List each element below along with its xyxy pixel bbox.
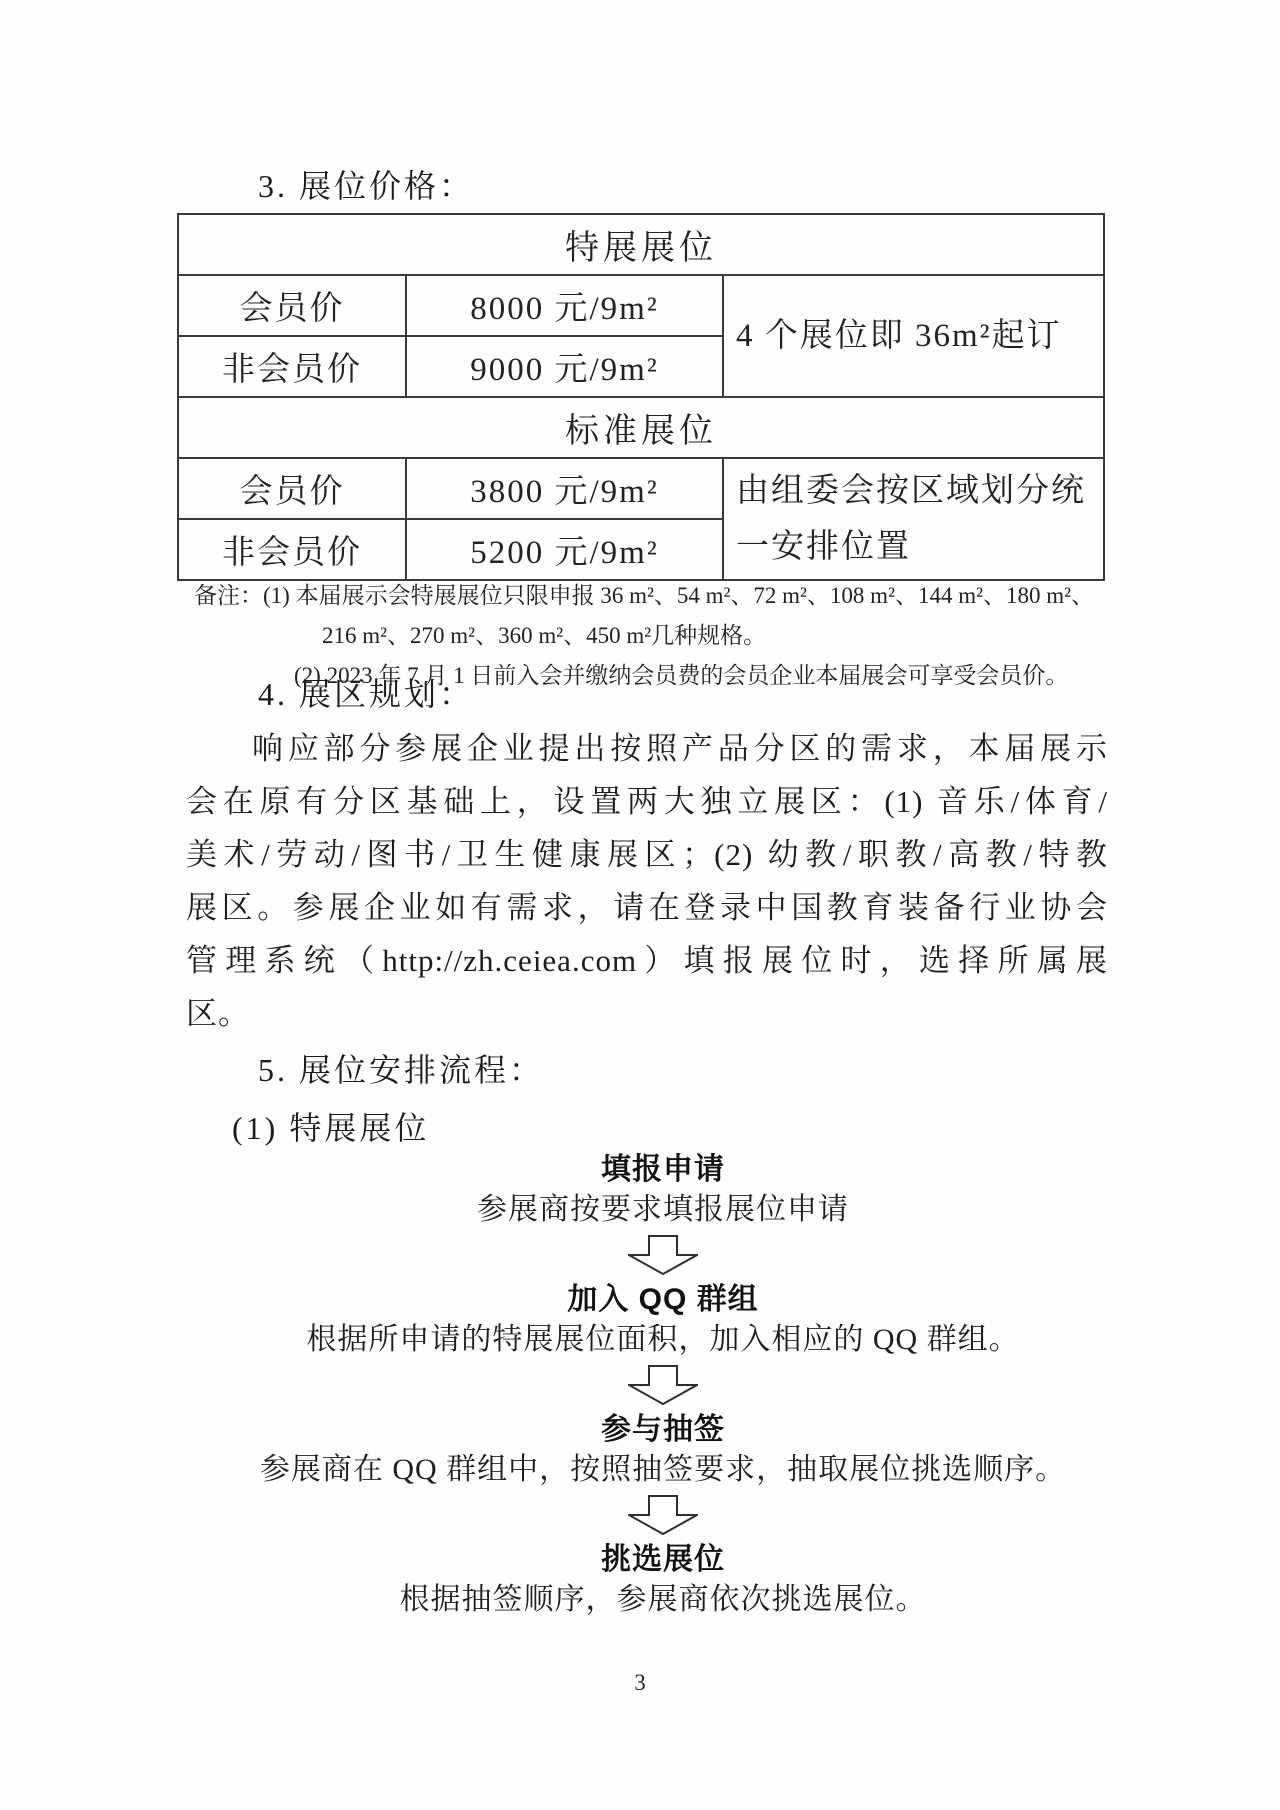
down-arrow-icon	[628, 1495, 698, 1535]
flow-step-title: 参与抽签	[199, 1410, 1127, 1450]
flow-step: 参与抽签 参展商在 QQ 群组中，按照抽签要求，抽取展位挑选顺序。	[199, 1410, 1127, 1535]
section-4-paragraph: 响应部分参展企业提出按照产品分区的需求，本届展示 会在原有分区基础上，设置两大独…	[186, 722, 1108, 1040]
table-row: 会员价 3800 元/9m² 由组委会按区域划分统一安排位置	[178, 458, 1104, 519]
flow-step: 挑选展位 根据抽签顺序，参展商依次挑选展位。	[199, 1540, 1127, 1620]
special-nonmember-price-value: 9000 元/9m²	[406, 336, 723, 397]
paragraph-line: 区。	[186, 987, 1108, 1040]
standard-booth-header: 标准展位	[178, 397, 1104, 458]
booth-flow-chart: 填报申请 参展商按要求填报展位申请 加入 QQ 群组 根据所申请的特展展位面积，…	[199, 1150, 1127, 1620]
special-member-price-value: 8000 元/9m²	[406, 275, 723, 336]
flow-step-desc: 根据所申请的特展展位面积，加入相应的 QQ 群组。	[199, 1320, 1127, 1360]
flow-step: 加入 QQ 群组 根据所申请的特展展位面积，加入相应的 QQ 群组。	[199, 1280, 1127, 1405]
special-booth-note: 4 个展位即 36m²起订	[723, 275, 1104, 397]
paragraph-line: 响应部分参展企业提出按照产品分区的需求，本届展示	[186, 722, 1108, 775]
table-row: 特展展位	[178, 214, 1104, 275]
standard-nonmember-price-value: 5200 元/9m²	[406, 519, 723, 580]
flow-step-desc: 参展商按要求填报展位申请	[199, 1190, 1127, 1230]
note-line: 备注：(1) 本届展示会特展展位只限申报 36 m²、54 m²、72 m²、1…	[194, 576, 1154, 616]
standard-booth-note: 由组委会按区域划分统一安排位置	[723, 458, 1104, 580]
standard-nonmember-price-label: 非会员价	[178, 519, 406, 580]
table-row: 会员价 8000 元/9m² 4 个展位即 36m²起订	[178, 275, 1104, 336]
special-member-price-label: 会员价	[178, 275, 406, 336]
special-nonmember-price-label: 非会员价	[178, 336, 406, 397]
paragraph-line: 管理系统（http://zh.ceiea.com）填报展位时，选择所属展	[186, 934, 1108, 987]
standard-member-price-value: 3800 元/9m²	[406, 458, 723, 519]
document-page: 3. 展位价格： 特展展位 会员价 8000 元/9m² 4 个展位即 36m²…	[0, 0, 1280, 1810]
section-3-heading: 3. 展位价格：	[258, 164, 474, 208]
flow-step-desc: 参展商在 QQ 群组中，按照抽签要求，抽取展位挑选顺序。	[199, 1450, 1127, 1490]
flow-step-desc: 根据抽签顺序，参展商依次挑选展位。	[199, 1580, 1127, 1620]
page-number: 3	[0, 1670, 1280, 1696]
section-5-subheading: (1) 特展展位	[232, 1106, 429, 1150]
special-booth-header: 特展展位	[178, 214, 1104, 275]
down-arrow-icon	[628, 1365, 698, 1405]
paragraph-line: 美术/劳动/图书/卫生健康展区；(2) 幼教/职教/高教/特教	[186, 828, 1108, 881]
booth-price-table: 特展展位 会员价 8000 元/9m² 4 个展位即 36m²起订 非会员价 9…	[177, 213, 1105, 581]
flow-step-title: 填报申请	[199, 1150, 1127, 1190]
section-4-heading: 4. 展区规划：	[258, 672, 474, 716]
down-arrow-icon	[628, 1235, 698, 1275]
table-row: 标准展位	[178, 397, 1104, 458]
paragraph-line: 会在原有分区基础上，设置两大独立展区：(1) 音乐/体育/	[186, 775, 1108, 828]
section-5-heading: 5. 展位安排流程：	[258, 1048, 544, 1092]
standard-member-price-label: 会员价	[178, 458, 406, 519]
flow-step-title: 挑选展位	[199, 1540, 1127, 1580]
flow-step: 填报申请 参展商按要求填报展位申请	[199, 1150, 1127, 1275]
flow-step-title: 加入 QQ 群组	[199, 1280, 1127, 1320]
note-line: 216 m²、270 m²、360 m²、450 m²几种规格。	[322, 616, 1154, 656]
paragraph-line: 展区。参展企业如有需求，请在登录中国教育装备行业协会	[186, 881, 1108, 934]
